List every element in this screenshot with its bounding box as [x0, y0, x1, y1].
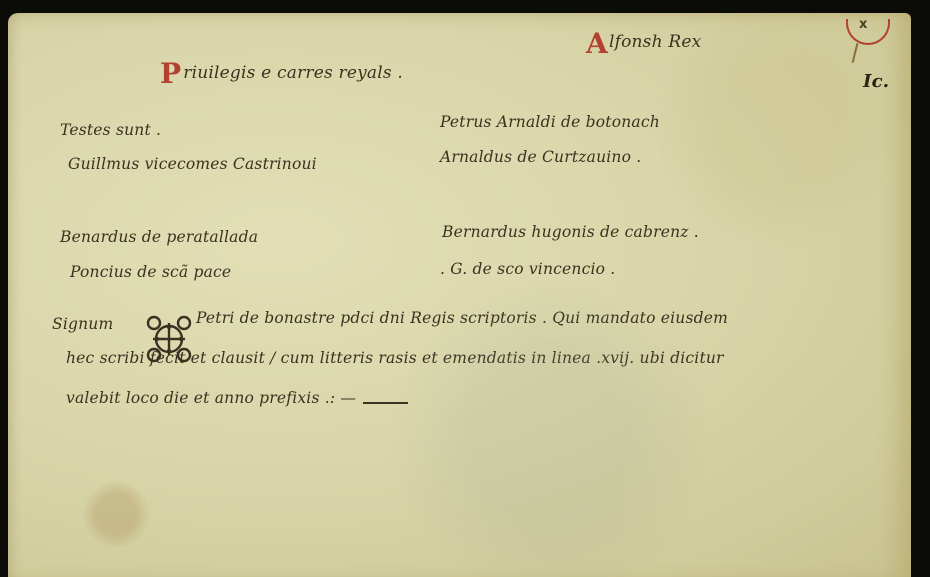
- witness-line: Petrus Arnaldi de botonach: [440, 113, 660, 131]
- witness-line: Poncius de scã pace: [70, 263, 231, 281]
- folio-circle-mark: [846, 19, 890, 45]
- folio-mark-tail: [852, 43, 859, 63]
- heading-text: riuilegis e carres reyals .: [183, 63, 403, 83]
- witness-line: . G. de sco vincencio .: [440, 260, 615, 278]
- signum-text-line: hec scribi fecit et clausit / cum litter…: [66, 349, 724, 367]
- line-filler-stroke: [363, 402, 408, 404]
- folio-mark-letter: x: [859, 17, 867, 32]
- running-head: Alfonsh Rex: [586, 27, 701, 60]
- signum-label: Signum: [52, 315, 113, 333]
- witness-line: Bernardus hugonis de cabrenz .: [442, 223, 699, 241]
- running-head-text: lfonsh Rex: [609, 32, 701, 52]
- witness-line: Arnaldus de Curtzauino .: [440, 148, 641, 166]
- signum-text-line: valebit loco die et anno prefixis .: —: [66, 389, 356, 407]
- rubric-initial: P: [160, 57, 181, 90]
- witness-line: Guillmus vicecomes Castrinoui: [68, 155, 317, 173]
- manuscript-page: Priuilegis e carres reyals . Alfonsh Rex…: [8, 13, 911, 577]
- witness-line: Testes sunt .: [60, 121, 161, 139]
- witness-line: Benardus de peratallada: [60, 228, 258, 246]
- rubric-initial: A: [586, 27, 608, 60]
- folio-number: Ic.: [863, 71, 889, 92]
- signum-text-line: Petri de bonastre pdci dni Regis scripto…: [196, 309, 728, 327]
- page-heading: Priuilegis e carres reyals .: [160, 57, 403, 90]
